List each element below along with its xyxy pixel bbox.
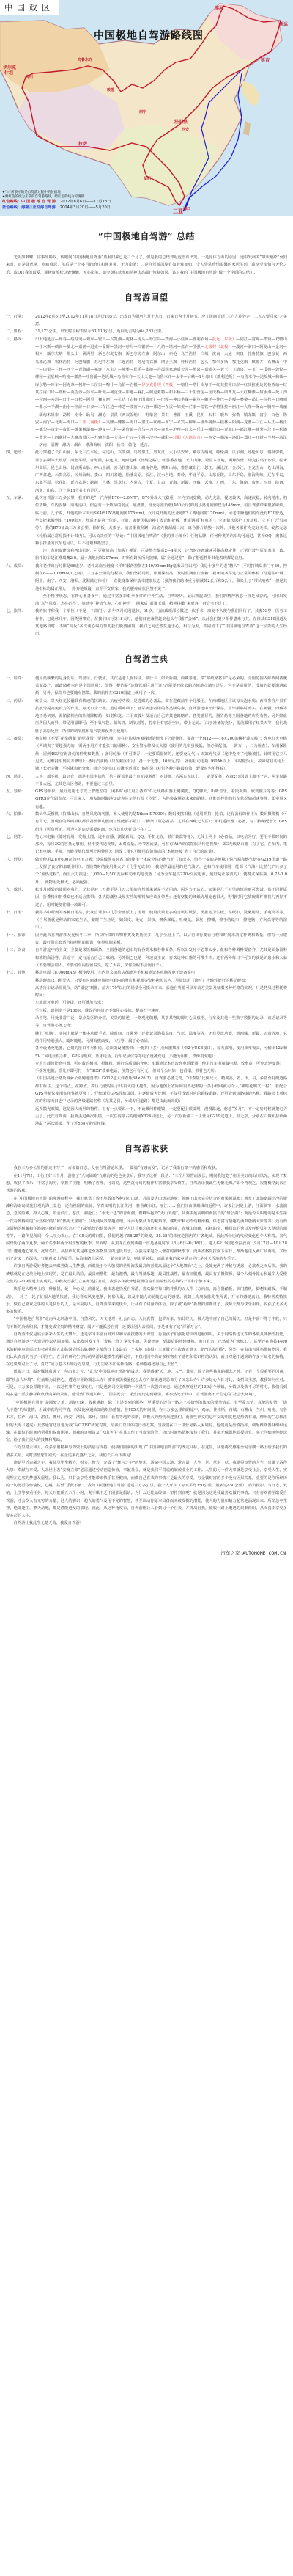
item-body: 我的旅伴和我一个单位（不是一个部门），去年四月份刚退休，61岁，行前颈项部位做过… [35,607,287,638]
item-text: 31,173公里。出发时里程表显示33,110公里，返回延吉时为64,283公里… [35,328,287,335]
item-label: 十一、服饰: [6,932,35,947]
item-text: 我的旅伴和我一个单位（不是一个部门），去年四月份刚退休，61岁，行前颈项部位做过… [35,607,287,638]
item-label: 五、车辆: [6,495,35,563]
item-body: 数码单反相机（拍摄山水、自然风光的利器，本人使用的是Nikon D7000）；数… [35,811,287,833]
legend-red-route: 红色路线：中 国 极 地 自 驾 游 2012年8月6日——11月18日 [2,200,111,205]
item-text: GPS导航仪，最好选用七寸以上智能型的，闲暇时可以用自备的3G无线路由器上网浏览… [35,788,287,811]
map-city-label: 西安 [182,127,189,132]
map-city-label: 喀什 [26,74,34,79]
item-sub-entry: 车载蓝牙电话，可免提，还可播放音乐； [35,999,287,1007]
list-item: 六、拍摄:数码单反相机（拍摄山水、自然风光的利器，本人使用的是Nikon D70… [6,811,287,833]
item-body: 人手一部手机，最好有一部是中国电信的（信号覆盖率最广且无漫游费）对讲机，若两台车… [35,773,287,789]
item-sub-entry: 手写板，识别率不是100%，耽误的时间还不如用心操练，提高打字速度； [35,1007,287,1015]
item-body: 自驾游途中的主食，主要是米饭和面条。全国各地的超市均有各类米和各种面条，所以出发… [35,946,287,969]
item-label: 五、导航: [6,788,35,811]
paragraph: 在“中国极地自驾游”的漫漫征程中，我们欣赏了数不胜数的各种岩石山地，丹霞及火山熔… [6,1195,287,1263]
list-item: 十、日用:我路书中所列的各种日用品，此次自驾游中几乎全部派上了用场，使用次数最多… [6,909,287,932]
item-text: 笔记本电脑（随时有用，发帖上图，途中直播，浏览新闻，QQ，手机充值，银行转款等等… [35,833,287,856]
document-title: “中国极地自驾游” 总结 [6,230,287,242]
map-city-label: 什坦 [4,69,13,76]
page: 中国政区 中国极地自驾游路线图 漠河抚远延吉伊尔克什坦泾阳县拉萨喀什乌鲁木齐敦煌… [0,0,293,1561]
item-body: 帐篷及睡袋的使用对我们，尤其是对上万甚至是几万公里的自驾游来说是不适用的，因为力… [35,886,287,909]
item-body: 拖车绳（不要“花拳绣腿”的尼龙带，要钢丝绳，为在挂钩基座被拽断的情况下仍能使用，… [35,735,287,773]
item-body: 红景天、景天红花胶囊具有快速的抗缺氧、抗疲劳功效，是进藏的必备品，需在进藏前半个… [35,698,287,735]
item-sub-entry: 移动电源（8,000mAh）极少使用，车内及宾馆旅店都能为手机和笔记本电脑等电子… [35,969,287,977]
map-city-label: 乌鲁木齐 [78,57,92,62]
item-sub-entry: 各种设备充电器，它们的接口不尽相同，必须随设备携带；一拖四（多）点烟器插座（带2… [35,1045,287,1060]
legend-blue-label: 蓝色路线：海南三亚沿海自驾游 [2,205,56,211]
item-body: 我路书中所列的各种日用品，此次自驾游中几乎全部派上了用场，使用次数最多的当属垃圾… [35,909,287,932]
route-highlight-pole: 抚远（东极） [212,337,236,342]
list-item: 七、网络:笔记本电脑（随时有用，发帖上图，途中直播，浏览新闻，QQ，手机充值，银… [6,833,287,856]
list-item: 二、药品:红景天、景天红花胶囊具有快速的抗缺氧、抗疲劳功效，是进藏的必备品，需在… [6,698,287,735]
paragraph: 我在三万多公里的旅途中写了一百多篇日志，发在自驾游论坛里。一篇篇“有感而发”，记… [6,1164,287,1172]
item-body: GPS导航仪，最好选用七寸以上智能型的，闲暇时可以用自备的3G无线路由器上网浏览… [35,788,287,811]
map-city-label: 漠河 [215,4,223,11]
item-text: 此行穿越了长白山脉，东北三江平原，完达山，兴凯湖，乌苏里江，黑龙江，大小兴安岭，… [35,449,287,495]
item-sub-entry: 移动硬盘(2T)用处大，只要有时间就应该把电脑内的照片和视频等资料拷贝其内，尽量… [35,977,287,985]
item-text: 此次自驾游三万多公里，我开的是“一汽奔腾B70—2.0MT”，B70外观大气稳重… [35,495,287,547]
map-logo: 中国政区 [0,0,59,15]
paragraph: 快乐是人精神上的一种愉悦，是一种心灵上的满足。我由衷地热爱自驾游，喜欢操控每日陪… [6,1285,287,1316]
item-label: 七、旅伴: [6,607,35,638]
map-city-label: 延吉 [261,56,270,63]
item-text: 自驾游途中的主食，主要是米饭和面条。全国各地的超市均有各类米和各种面条，所以出发… [35,946,287,969]
item-label: 六、成员: [6,563,35,608]
list-item: 四、途经:此行穿越了长白山脉，东北三江平原，完达山，兴凯湖，乌苏里江，黑龙江，大… [6,449,287,495]
list-item: 八、野炊:做饭使用2.8升600瓦的电压力锅；炒菜做汤省时省力的使用一体或分体的… [6,856,287,886]
list-item: 十二、饮食:自驾游途中的主食，主要是米饭和面条。全国各地的超市均有各类米和各种面… [6,946,287,969]
item-label: 十、日用: [6,909,35,932]
item-note: 注：有朋友建议我再出行时，可更换加高（加强）弹簧，可使整车提高2—4厘米，过弯时… [35,547,287,563]
route-highlight-pole: 三亚（南极） [78,420,102,425]
item-label: 一、行期: [6,313,35,329]
list-item: 五、车辆:此次自驾游三万多公里，我开的是“一汽奔腾B70—2.0MT”，B70外… [6,495,287,563]
legend-blue-route: 蓝色路线：海南三亚沿海自驾游 2004年3月20日——5月20日 [2,205,111,211]
paragraph: 逾花甲近古稀之年，我倾尽毕生精力，财力，物力，完成了“舞勺之年”的梦想，游遍中国… [6,1459,287,1519]
map-city-label: 海口 [183,206,190,211]
item-body: 移动电源（8,000mAh）极少使用，车内及宾馆旅店都能为手机和笔记本电脑等电子… [35,969,287,1128]
route-highlight-pole: 伊尔克什坦（西极） [141,383,177,387]
item-sub-entry: 专用车载智能充电器，可对数码相机，摄像机，进行高质量的充电；车载笔记本直流充电适… [35,1060,287,1068]
item-body: 此行穿越了长白山脉，东北三江平原，完达山，兴凯湖，乌苏里江，黑龙江，大小兴安岭，… [35,449,287,495]
map-city-label: 昆明 [144,176,151,181]
route-segment: 出发地延吉—珲春—绥芬河—鸡东—密山—兴凯湖—虎林—虎头—珍宝岛—饶河—小佳河—… [35,337,212,342]
gains-paragraphs: 我在三万多公里的旅途中写了一百多篇日志，发在自驾游论坛里。一篇篇“有感而发”，记… [6,1164,287,1527]
item-sub-entry: 录音笔，用处非常广泛，景点景区的介绍，美景的描述，一路观光随想，某事某物的即时心… [35,1015,287,1030]
legend-blue-dates: 2004年3月20日——5月20日 [60,205,111,211]
item-sub-entry: 腕上“电脑”，实际上就是一体多功能手表，除时间，日期外，还能记录海拔高度，气压，… [35,1030,287,1046]
item-text: 帐篷及睡袋的使用对我们，尤其是对上万甚至是几万公里的自驾游来说是不适用的，因为力… [35,886,287,909]
list-item: 六、成员:我和老伴出行时都是66虚岁。老伴高血压缠身（平时服药控制在140/90… [6,563,287,608]
map-city-label: 泾阳县 [174,118,188,125]
list-item: 五、导航:GPS导航仪，最好选用七寸以上智能型的，闲暇时可以用自备的3G无线路由… [6,788,287,811]
map-label-sanya: 三亚 [173,208,183,215]
watermark: 汽车之家 AUTOHOME.COM.CN [0,1542,293,1561]
item-text: 我路书中所列的各种日用品，此次自驾游中几乎全部派上了用场，使用次数最多的当属垃圾… [35,909,287,932]
item-text: 拖车绳（不要“花拳绣腿”的尼龙带，要钢丝绳，为在挂钩基座被拽断的情况下仍能使用，… [35,735,287,773]
route-segment: —漠河—满归—阿龙山—金河—根河—额尔古纳—黑头山—满洲里—新巴尔虎右旗—新巴尔… [35,345,287,387]
handbook-list: 一、证件:使用最频繁的是身份证、驾驶证、行驶证，其次是老人优待证、银行卡（如去新… [6,675,287,1128]
item-body: 此次自驾游三万多公里，我开的是“一汽奔腾B70—2.0MT”，B70外观大气稳重… [35,495,287,563]
list-item: 四、通讯:人手一部手机，最好有一部是中国电信的（信号覆盖率最广且无漫游费）对讲机… [6,773,287,789]
section-title-review: 自驾游回望 [6,291,287,303]
paragraph: “中国极地自驾游”是圆梦之旅，凯旋归来，收获满载，除了上述罗列的那些，更重要的还… [6,1399,287,1445]
section-title-gains: 自驾游收获 [6,1142,287,1154]
item-text: 使用最频繁的是身份证、驾驶证、行驶证，其次是老人优待证、银行卡（如去新疆、西藏等… [35,675,287,698]
article: “中国极地自驾游” 总结 光阴如梦蝶，往事如唏叹。转眼间“中国极地自驾游”胜利归… [0,230,293,1542]
paragraph: 在11月7日，出行正好三个月，游览了“人间仙境”九寨沟的绝色美景后，我写了这样一… [6,1172,287,1195]
legend-red-dates: 2012年8月6日——11月18日 [60,200,111,205]
item-label: 九、露营: [6,886,35,909]
item-label: 三、备品: [6,735,35,773]
map-title: 中国极地自驾游路线图 [94,28,204,43]
item-text: 做饭使用2.8升600瓦的电压力锅；炒菜做汤省时省力的使用一体或分体的燃气炉（有… [35,856,287,886]
paragraph: “中国极地自驾游”走南闯北环游中国，自然风光，天文地理，社会百态，人间真情，包罗… [6,1316,287,1331]
list-item: 九、露营:帐篷及睡袋的使用对我们，尤其是对上万甚至是几万公里的自驾游来说是不适用… [6,886,287,909]
map-city-label: 敦煌 [107,87,114,92]
intro-paragraph: 光阴如梦蝶，往事如唏叹。转眼间“中国极地自驾游”胜利归来已近三个月了，但是我的总… [6,254,287,277]
map-city-label: 抚远 [279,21,288,27]
section-title-handbook: 自驾游宝典 [6,653,287,665]
item-label: 二、里程: [6,328,35,335]
paragraph: 六万里路云和月，众多亲朋精神与物资上的鼓励与支持，使我们圆满的实现了“中国极地自… [6,1444,287,1459]
route-segment: —喀什—塔什库尔干—红其拉甫口岸—红其拉甫边防检查站—红其拉甫口岸—喀什—英吉沙… [35,383,287,425]
item-body: 做饭使用2.8升600瓦的电压力锅；炒菜做汤省时省力的使用一体或分体的燃气炉（有… [35,856,287,886]
list-item: 一、行期:2012年8月6日至2012年11月18日共计105天。出发日为阴历六… [6,313,287,329]
item-note: 至于精神状态，在精心准备多年，通过丰富多彩艰辛多舛的户外生活，自驾经历，最后凯旋… [35,593,287,608]
item-label: 十三、其他: [6,969,35,1128]
item-label: 一、证件: [6,675,35,698]
list-item: 三、备品:拖车绳（不要“花拳绣腿”的尼龙带，要钢丝绳，为在挂钩基座被拽断的情况下… [6,735,287,773]
item-sub-entry: 高清行车记录监视仪，防“碰瓷”利器，前方170°以内的场景全可摄录下来，长途自驾… [35,985,287,1000]
item-body: 因为此次自驾游涉及夏秋冬三季，所以所带的衣物种类及数量较多，几乎全用上了。以后再… [35,932,287,947]
paragraph: 自驾游让我此生无憾无悔，我爱自驾游！ [6,1519,287,1527]
list-item: 十三、其他:移动电源（8,000mAh）极少使用，车内及宾馆旅店都能为手机和笔记… [6,969,287,1128]
item-sub-entry: 手摇发电机，摇几下即可打一次“SOS”救难电话，虽然它可有可无，但其个头只如一包… [35,1068,287,1075]
item-body: 31,173公里。出发时里程表显示33,110公里，返回延吉时为64,283公里… [35,328,287,335]
item-body: 2012年8月6日至2012年11月18日共计105天。出发日为阴历六月十九日，… [35,313,287,329]
item-body: 使用最频繁的是身份证、驾驶证、行驶证，其次是老人优待证、银行卡（如去新疆、西藏等… [35,675,287,698]
paragraph: 凯旋之日，面对媒体我说了一句由衷之言：“此次‘中国极地自驾游’的成功，我要感谢‘… [6,1368,287,1398]
route-map: 中国政区 中国极地自驾游路线图 漠河抚远延吉伊尔克什坦泾阳县拉萨喀什乌鲁木齐敦煌… [0,0,293,216]
item-label: 七、网络: [6,833,35,856]
item-sub-entry: 远视散光眼镜，这是因人而异的物件，但有一点要说一下，不论戴何种眼镜，一定要配上眼… [35,1106,287,1128]
item-label: 二、药品: [6,698,35,735]
item-text: 人手一部手机，最好有一部是中国电信的（信号覆盖率最广且无漫游费）对讲机，若两台车… [35,773,287,789]
item-label: 六、拍摄: [6,811,35,833]
item-sub-entry: 《中国高速公路及城乡公路网地图集》（2012超大详查版38×26.3），自驾游必… [35,1075,287,1105]
item-label: 四、通讯: [6,773,35,789]
item-body: 我和老伴出行时都是66虚岁。老伴高血压缠身（平时服药控制在140/90mmHg毫… [35,563,287,608]
map-city-label: 拉萨 [78,140,87,147]
paragraph: 许多自驾游爱好者把去西藏当做人生梦想，西藏处于令人敬畏的世界海拔最高的青藏高原这… [6,1263,287,1285]
list-item: 十一、服饰:因为此次自驾游涉及夏秋冬三季，所以所带的衣物种类及数量较多，几乎全用… [6,932,287,947]
list-item: 二、里程:31,173公里。出发时里程表显示33,110公里，返回延吉时为64,… [6,328,287,335]
item-label: 四、途经: [6,449,35,495]
item-body: 出发地延吉—珲春—绥芬河—鸡东—密山—兴凯湖—虎林—虎头—珍宝岛—饶河—小佳河—… [35,336,287,449]
item-label: 八、野炊: [6,856,35,886]
item-text: 2012年8月6日至2012年11月18日共计105天。出发日为阴历六月十九日，… [35,313,287,329]
item-text: 我和老伴出行时都是66虚岁。老伴高血压缠身（平时服药控制在140/90mmHg毫… [35,563,287,593]
item-body: 笔记本电脑（随时有用，发帖上图，途中直播，浏览新闻，QQ，手机充值，银行转款等等… [35,833,287,856]
list-item: 七、旅伴:我的旅伴和我一个单位（不是一个部门），去年四月份刚退休，61岁，行前颈… [6,607,287,638]
legend-red-label: 红色路线：中 国 极 地 自 驾 游 [2,200,56,205]
route-highlight-pole: 北极村（北极） [204,345,232,349]
map-city-label: 西宁 [139,109,146,114]
review-list: 一、行期:2012年8月6日至2012年11月18日共计105天。出发日为阴历六… [6,313,287,638]
item-text: 红景天、景天红花胶囊具有快速的抗缺氧、抗疲劳功效，是进藏的必备品，需在进藏前半个… [35,698,287,735]
map-legend: ★"☆"所表示的是自驾游过程中的住宿地 ★鲜红色的线为正常的自驾游路线，暗红色的… [2,191,111,211]
list-item: 三、路线:出发地延吉—珲春—绥芬河—鸡东—密山—兴凯湖—虎林—虎头—珍宝岛—饶河… [6,336,287,449]
item-label: 三、路线: [6,336,35,449]
paragraph: 自驾游不仅是展示多彩人生的大舞台，还是学习丰富百科知识和专业技能的大课堂。行前孩… [6,1331,287,1368]
item-label: 十二、饮食: [6,946,35,969]
route-highlight-pole: 泾阳（大地原点） [173,436,204,440]
list-item: 一、证件:使用最频繁的是身份证、驾驶证、行驶证，其次是老人优待证、银行卡（如去新… [6,675,287,698]
item-text: 因为此次自驾游涉及夏秋冬三季，所以所带的衣物种类及数量较多，几乎全用上了。以后再… [35,932,287,947]
item-text: 数码单反相机（拍摄山水、自然风光的利器，本人使用的是Nikon D7000）；数… [35,811,287,833]
